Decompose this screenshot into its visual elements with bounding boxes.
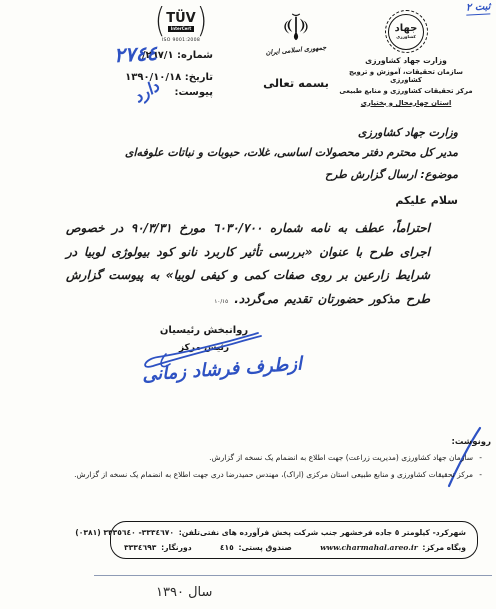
recipient-line-2: مدیر کل محترم دفتر محصولات اساسی، غلات، …: [125, 146, 458, 159]
footer-row-1: شهرکرد- کیلومتر ٥ جاده فرخشهر جنب شرکت پ…: [122, 525, 466, 540]
letter-body: احتراماً، عطف به نامه شماره ٦٠٣٠/٧٠٠ مور…: [66, 217, 430, 314]
number-label: شماره:: [177, 50, 213, 61]
org-line-province: استان چهارمحال و بختیاری: [338, 100, 474, 108]
organization-header: جهاد کشاورزی وزارت جهاد کشاورزی سازمان ت…: [338, 10, 474, 107]
website: وبگاه مرکز: www.charmahal.areo.ir: [318, 540, 466, 555]
contact-footer: شهرکرد- کیلومتر ٥ جاده فرخشهر جنب شرکت پ…: [110, 521, 478, 559]
tuv-logo-mark: ( TÜV InterCert ): [148, 8, 214, 35]
jahad-logo-subtext: کشاورزی: [396, 34, 416, 39]
year-label: سال ١٣٩٠: [156, 585, 212, 600]
page-ref-note: ١٠/١٥: [214, 299, 228, 305]
recipient-block: وزارت جهاد کشاورزی مدیر کل محترم دفتر مح…: [125, 126, 458, 181]
phone-value: ٣٣٣٤٦٧٠- ٣٣٣٥٦٤٠ (٠٣٨١): [75, 528, 174, 537]
cc-item-1: سازمان جهاد کشاورزی (مدیریت زراعت) جهت ا…: [30, 450, 482, 467]
tuv-paren-left-icon: (: [155, 5, 166, 39]
recipient-line-1: وزارت جهاد کشاورزی: [125, 126, 458, 139]
cc-item-2: مرکز تحقیقات کشاورزی و منابع طبیعی استان…: [30, 467, 482, 484]
phone-label: تلفن:: [179, 528, 200, 537]
fax-value: ٣٣٣٤٦٩٣: [124, 543, 156, 552]
jahad-keshavarzi-logo: جهاد کشاورزی: [385, 10, 428, 53]
handwritten-letter-number: ٢٧٤٤: [113, 41, 157, 67]
iran-national-emblem: جمهوری اسلامی ایران: [262, 12, 330, 54]
iran-emblem-icon: [282, 12, 310, 42]
cc-label: رونوشت:: [452, 437, 491, 447]
subject-line: موضوع: ارسال گزارش طرح: [125, 168, 458, 181]
tuv-logo-text: TÜV: [166, 12, 196, 25]
attachment-label: پیوست:: [174, 87, 213, 98]
tuv-paren-right-icon: ): [197, 5, 208, 39]
po-box: صندوق پستی: ٤١٥: [218, 540, 292, 555]
intercert-label: InterCert: [168, 26, 194, 32]
date-label: تاریخ:: [185, 72, 213, 83]
emblem-caption: جمهوری اسلامی ایران: [262, 43, 330, 57]
cc-list: سازمان جهاد کشاورزی (مدیریت زراعت) جهت ا…: [30, 450, 482, 483]
letter-date-row: تاریخ: ١٣٩٠/١٠/١٨: [125, 72, 213, 83]
salutation: سلام علیکم: [395, 194, 458, 207]
scanned-letter-page: ثبت ٢ ( TÜV InterCert ) ISO 9001:2008 شم…: [0, 0, 496, 609]
website-url: www.charmahal.areo.ir: [320, 543, 418, 552]
fax-label: دورنگار:: [161, 543, 192, 552]
phone-numbers: تلفن: ٣٣٣٤٦٧٠- ٣٣٣٥٦٤٠ (٠٣٨١): [73, 525, 200, 540]
org-line-organization: سازمان تحقیقات، آموزش و ترویج کشاورزی: [338, 69, 474, 85]
besmeleh-text: بسمه تعالی: [258, 76, 334, 90]
office-address: شهرکرد- کیلومتر ٥ جاده فرخشهر جنب شرکت پ…: [200, 525, 466, 540]
org-line-center: مرکز تحقیقات کشاورزی و منابع طبیعی: [338, 88, 474, 96]
jahad-logo-text: جهاد: [395, 24, 418, 35]
pobox-label: صندوق پستی:: [238, 543, 291, 552]
bottom-divider: [94, 575, 492, 576]
fax: دورنگار: ٣٣٣٤٦٩٣: [122, 540, 192, 555]
footer-row-2: وبگاه مرکز: www.charmahal.areo.ir صندوق …: [122, 540, 466, 555]
letter-body-paragraph: احتراماً، عطف به نامه شماره ٦٠٣٠/٧٠٠ مور…: [66, 221, 430, 306]
org-line-ministry: وزارت جهاد کشاورزی: [338, 57, 474, 66]
website-label: وبگاه مرکز:: [422, 543, 466, 552]
pobox-value: ٤١٥: [220, 543, 234, 552]
tuv-intercert-logo: ( TÜV InterCert ) ISO 9001:2008: [148, 8, 214, 43]
